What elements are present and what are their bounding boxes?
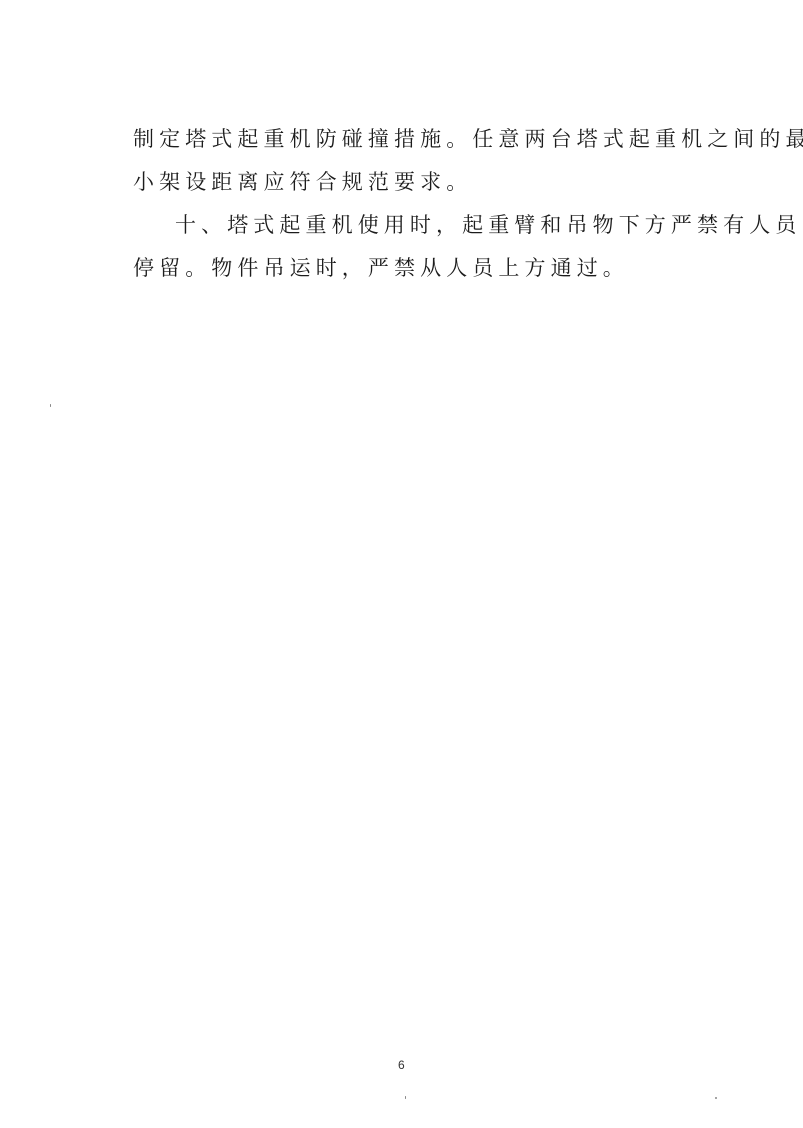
scan-speck [405,1096,406,1099]
text-line: 制定塔式起重机防碰撞措施。任意两台塔式起重机之间的最 [133,118,703,161]
paragraph-item-ten: 十、塔式起重机使用时，起重臂和吊物下方严禁有人员 停留。物件吊运时，严禁从人员上… [133,204,703,290]
page-number: 6 [398,1058,405,1072]
document-body: 制定塔式起重机防碰撞措施。任意两台塔式起重机之间的最 小架设距离应符合规范要求。… [133,118,703,290]
scan-speck [715,1097,717,1099]
scan-speck [50,404,51,407]
paragraph-anti-collision: 制定塔式起重机防碰撞措施。任意两台塔式起重机之间的最 小架设距离应符合规范要求。 [133,118,703,204]
document-page: 制定塔式起重机防碰撞措施。任意两台塔式起重机之间的最 小架设距离应符合规范要求。… [0,0,803,1128]
text-line: 停留。物件吊运时，严禁从人员上方通过。 [133,247,703,290]
text-line: 小架设距离应符合规范要求。 [133,161,703,204]
text-line: 十、塔式起重机使用时，起重臂和吊物下方严禁有人员 [133,204,703,247]
